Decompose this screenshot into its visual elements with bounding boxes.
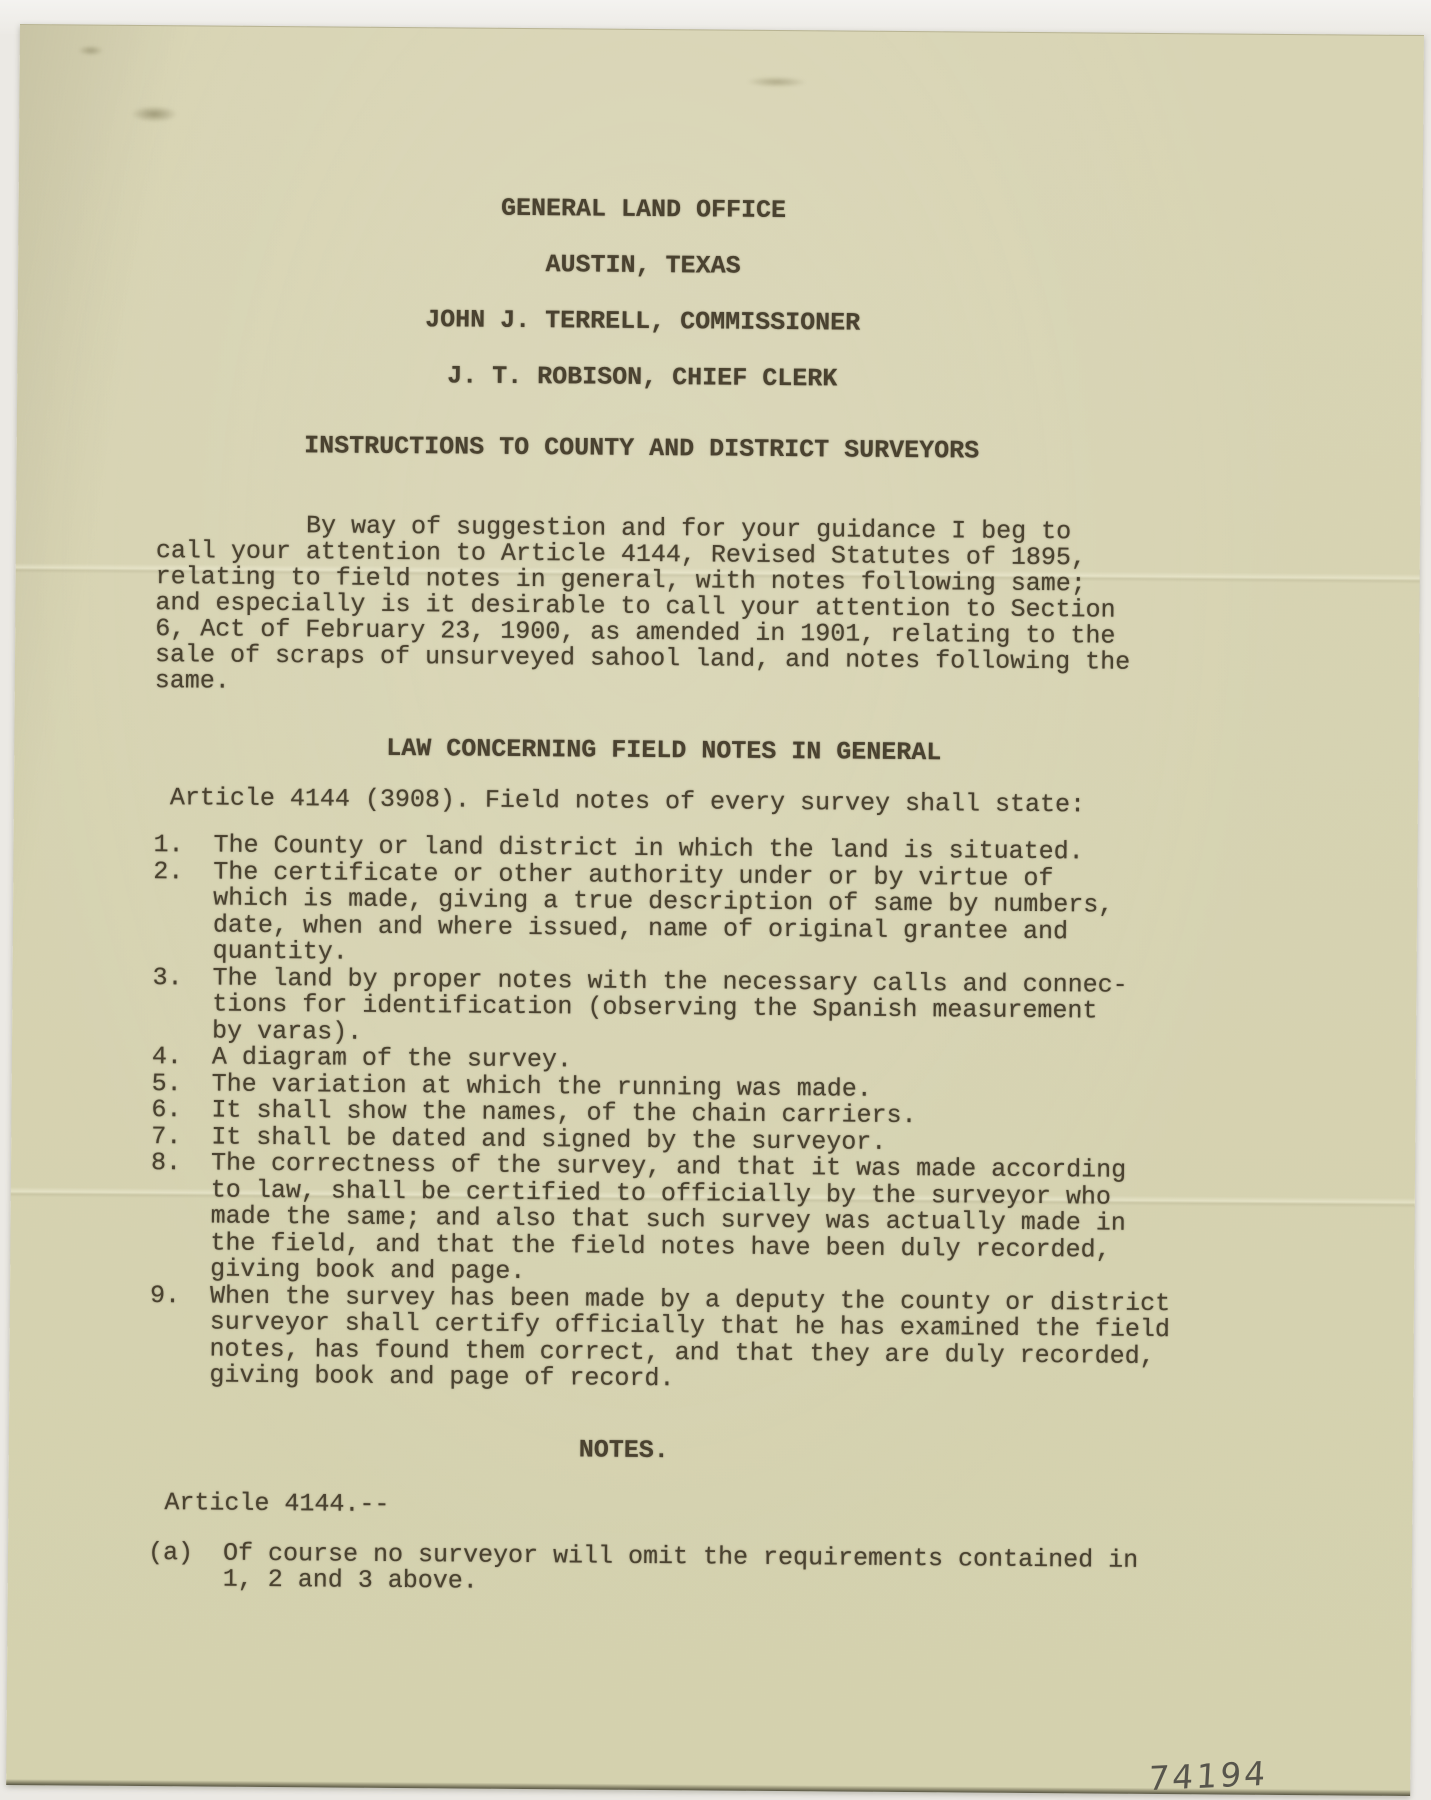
list-item-3: 3. The land by proper notes with the nec…	[152, 965, 1173, 1053]
field-notes-requirements-list: 1. The County or land district in which …	[149, 832, 1174, 1396]
intro-paragraph: By way of suggestion and for your guidan…	[155, 512, 1132, 702]
article-4144-lead: Article 4144 (3908). Field notes of ever…	[170, 783, 1085, 819]
law-section-heading: LAW CONCERNING FIELD NOTES IN GENERAL	[154, 732, 1124, 769]
scanned-document-page: { "colors": { "paper": "#d8d4b4", "ink":…	[0, 0, 1431, 1800]
letterhead: GENERAL LAND OFFICE AUSTIN, TEXAS JOHN J…	[157, 178, 1129, 410]
letterhead-chief-clerk-line: J. T. ROBISON, CHIEF CLERK	[157, 346, 1127, 410]
smudge-mark-top-center	[748, 77, 806, 87]
document-title: INSTRUCTIONS TO COUNTY AND DISTRICT SURV…	[157, 430, 1127, 467]
notes-article-label: Article 4144.--	[164, 1488, 389, 1519]
list-item-9: 9. When the survey has been made by a de…	[149, 1283, 1170, 1397]
smudge-mark-top-left	[78, 45, 104, 55]
list-item-2: 2. The certificate or other authority un…	[153, 859, 1174, 973]
letterhead-office-line: GENERAL LAND OFFICE	[158, 178, 1128, 242]
letterhead-city-line: AUSTIN, TEXAS	[158, 234, 1128, 298]
paper-sheet: GENERAL LAND OFFICE AUSTIN, TEXAS JOHN J…	[6, 24, 1424, 1796]
handwritten-file-number: 74194	[1147, 1754, 1269, 1798]
notes-heading: NOTES.	[149, 1432, 1119, 1469]
smudge-mark-upper-left	[131, 106, 177, 122]
letterhead-commissioner-line: JOHN J. TERRELL, COMMISSIONER	[157, 290, 1127, 354]
list-item-8: 8. The correctness of the survey, and th…	[150, 1150, 1171, 1291]
note-a-paragraph: (a) Of course no surveyor will omit the …	[148, 1540, 1139, 1600]
